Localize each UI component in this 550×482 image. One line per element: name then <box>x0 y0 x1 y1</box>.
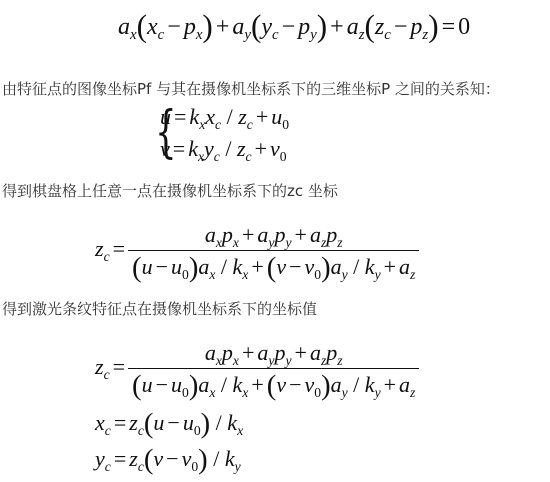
projection-u-equation: u=kxxc / zc+u0 <box>160 104 289 130</box>
zc-equation-2: zc=axpx+aypy+azpz(u−u0)ax / kx+(v−v0)ay … <box>95 340 419 398</box>
projection-v-equation: v=kxyc / zc+v0 <box>160 136 287 162</box>
text-relation-intro: 由特征点的图像坐标Pf 与其在摄像机坐标系下的三维坐标P 之间的关系知： <box>2 78 500 99</box>
zc-equation-1: zc=axpx+aypy+azpz(u−u0)ax / kx+(v−v0)ay … <box>95 222 419 280</box>
text-zc-intro: 得到棋盘格上任意一点在摄像机坐标系下的zc 坐标 <box>2 180 338 201</box>
yc-equation: yc=zc(v−v0) / ky <box>95 446 241 472</box>
xc-equation: xc=zc(u−u0) / kx <box>95 410 243 436</box>
text-laser-intro: 得到激光条纹特征点在摄像机坐标系下的坐标值 <box>2 298 317 319</box>
plane-equation: ax(xc−px)+ay(yc−py)+az(zc−pz)=0 <box>118 14 470 41</box>
